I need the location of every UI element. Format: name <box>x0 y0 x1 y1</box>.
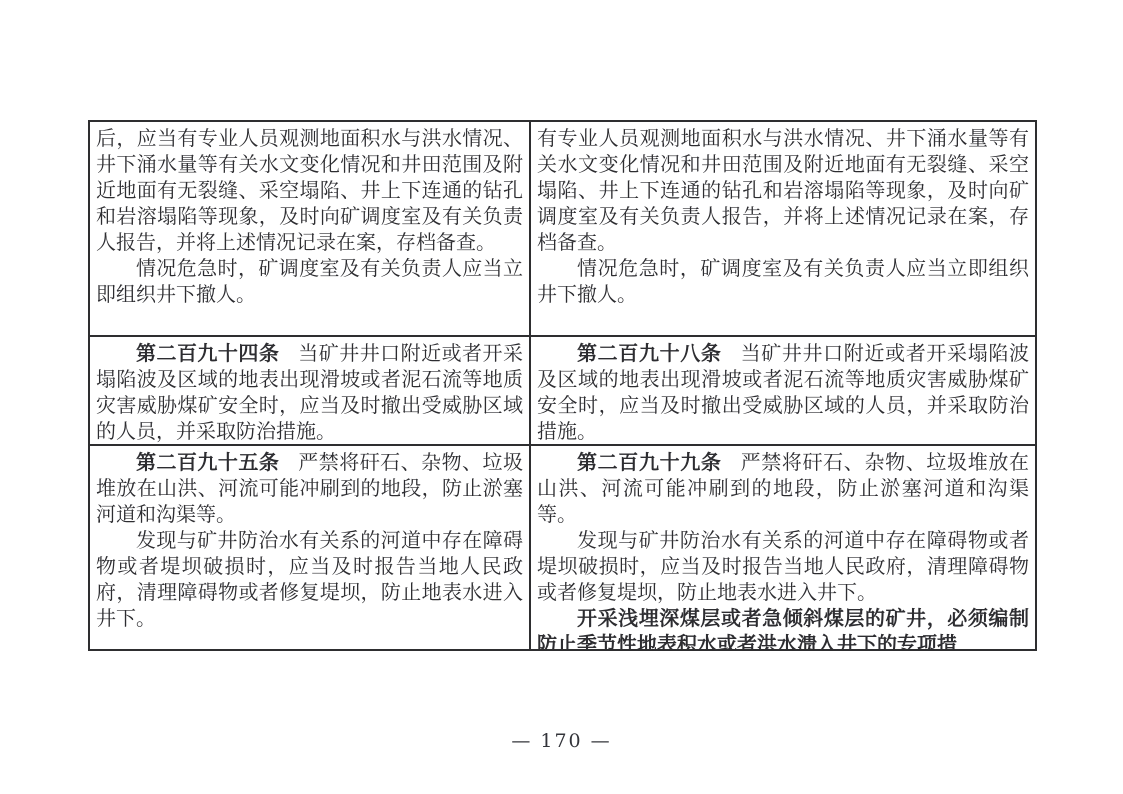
paragraph: 第二百九十八条当矿井井口附近或者开采塌陷波及区域的地表出现滑坡或者泥石流等地质灾… <box>537 340 1029 444</box>
article-number: 第二百九十五条 <box>136 450 279 474</box>
table-cell-r3-left: 第二百九十五条严禁将矸石、杂物、垃圾堆放在山洪、河流可能冲刷到的地段，防止淤塞河… <box>90 446 531 649</box>
table-cell-r3-right: 第二百九十九条严禁将矸石、杂物、垃圾堆放在山洪、河流可能冲刷到的地段，防止淤塞河… <box>531 446 1035 649</box>
document-page: 后，应当有专业人员观测地面积水与洪水情况、井下涌水量等有关水文变化情况和井田范围… <box>0 0 1123 794</box>
paragraph: 后，应当有专业人员观测地面积水与洪水情况、井下涌水量等有关水文变化情况和井田范围… <box>96 125 523 255</box>
paragraph: 发现与矿井防治水有关系的河道中存在障碍物或者堤坝破损时，应当及时报告当地人民政府… <box>537 527 1029 605</box>
regulation-table: 后，应当有专业人员观测地面积水与洪水情况、井下涌水量等有关水文变化情况和井田范围… <box>88 120 1037 651</box>
article-number: 第二百九十九条 <box>577 450 722 474</box>
table-cell-r1-right: 有专业人员观测地面积水与洪水情况、井下涌水量等有关水文变化情况和井田范围及附近地… <box>531 122 1035 337</box>
paragraph-bold: 开采浅埋深煤层或者急倾斜煤层的矿井，必须编制防止季节性地表积水或者洪水溃入井下的… <box>537 605 1029 649</box>
paragraph: 第二百九十五条严禁将矸石、杂物、垃圾堆放在山洪、河流可能冲刷到的地段，防止淤塞河… <box>96 449 523 527</box>
table-cell-r2-right: 第二百九十八条当矿井井口附近或者开采塌陷波及区域的地表出现滑坡或者泥石流等地质灾… <box>531 337 1035 446</box>
table-cell-r1-left: 后，应当有专业人员观测地面积水与洪水情况、井下涌水量等有关水文变化情况和井田范围… <box>90 122 531 337</box>
paragraph: 第二百九十九条严禁将矸石、杂物、垃圾堆放在山洪、河流可能冲刷到的地段，防止淤塞河… <box>537 449 1029 527</box>
paragraph: 情况危急时，矿调度室及有关负责人应当立即组织井下撤人。 <box>537 255 1029 307</box>
paragraph: 第二百九十四条当矿井井口附近或者开采塌陷波及区域的地表出现滑坡或者泥石流等地质灾… <box>96 340 523 444</box>
article-number: 第二百九十八条 <box>577 341 722 365</box>
table-cell-r2-left: 第二百九十四条当矿井井口附近或者开采塌陷波及区域的地表出现滑坡或者泥石流等地质灾… <box>90 337 531 446</box>
paragraph: 发现与矿井防治水有关系的河道中存在障碍物或者堤坝破损时，应当及时报告当地人民政府… <box>96 527 523 631</box>
page-number: — 170 — <box>0 730 1123 752</box>
paragraph: 情况危急时，矿调度室及有关负责人应当立即组织井下撤人。 <box>96 255 523 307</box>
paragraph: 有专业人员观测地面积水与洪水情况、井下涌水量等有关水文变化情况和井田范围及附近地… <box>537 125 1029 255</box>
article-number: 第二百九十四条 <box>136 341 279 365</box>
